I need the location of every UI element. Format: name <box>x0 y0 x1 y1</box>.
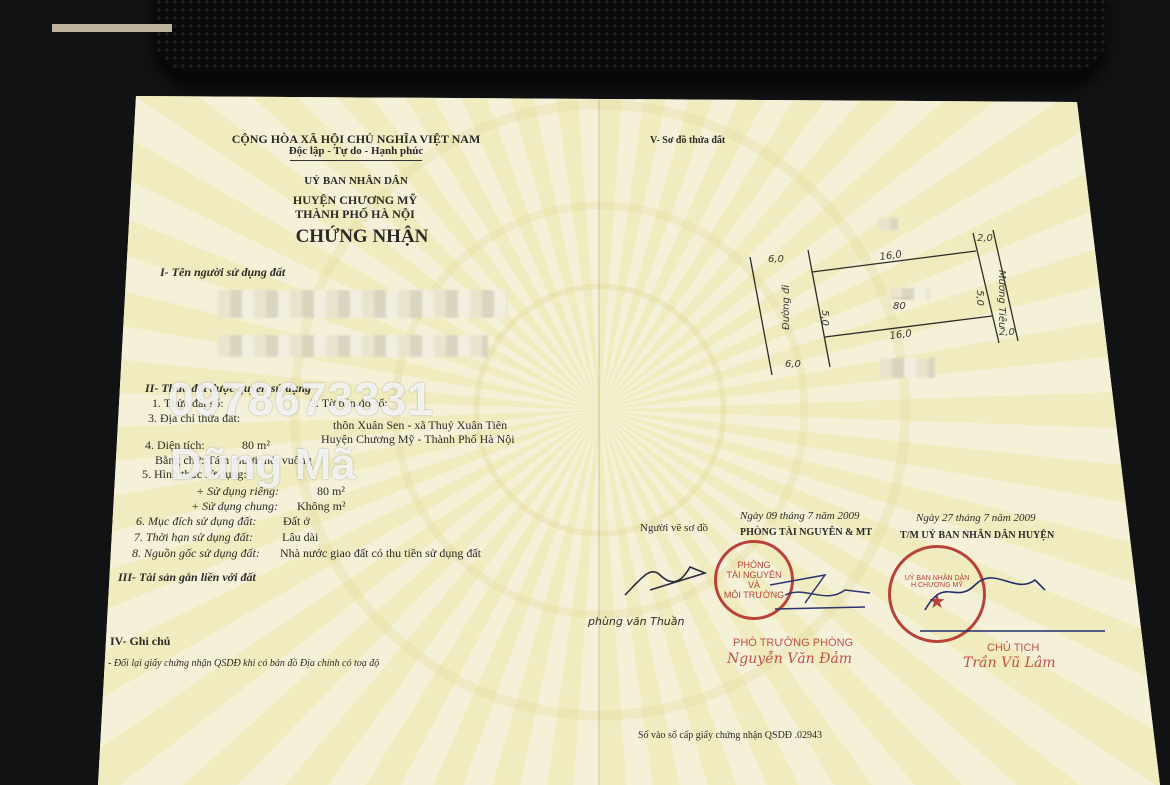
section-4-heading: IV- Ghi chú <box>110 634 170 649</box>
plot-right-edge: 5,0 <box>974 290 985 306</box>
watermark-name: Dũng Mã <box>170 440 356 490</box>
table-edge <box>52 24 172 32</box>
council-date: Ngày 27 tháng 7 năm 2009 <box>916 512 1035 524</box>
council-signature <box>915 565 1115 640</box>
road-width-top: 6,0 <box>768 254 784 265</box>
office-role: PHÓ TRƯỞNG PHÒNG <box>733 637 853 649</box>
header-divider <box>290 160 422 161</box>
canal-width-bottom: 2,0 <box>999 327 1015 338</box>
stamp-line: VÀ <box>748 580 760 590</box>
note-text: - Đổi lại giấy chứng nhận QSDĐ khi có bả… <box>108 658 379 669</box>
section-3-heading: III- Tài sản gắn liền với đất <box>118 570 256 585</box>
road-label: Đường đi <box>780 285 792 330</box>
drawer-name: phùng văn Thuần <box>588 615 684 628</box>
redacted-mark-bottom <box>880 358 935 378</box>
canal-label: Mương Tiêu <box>996 270 1008 328</box>
plot-left-edge: 5,0 <box>819 310 830 326</box>
office-signature <box>765 565 875 615</box>
canal-width-top: 2,0 <box>977 233 993 244</box>
shared-use-value: Không m² <box>297 499 346 514</box>
authority-line-1: UỶ BAN NHÂN DÂN <box>304 175 408 187</box>
redacted-mark-top <box>878 218 898 230</box>
motto: Độc lập - Tự do - Hạnh phúc <box>289 145 423 157</box>
drawer-label: Người vẽ sơ đồ <box>640 522 708 534</box>
council-name: T/M UỶ BAN NHÂN DÂN HUYỆN <box>900 530 1054 541</box>
section-5-heading: V- Sơ đồ thửa đất <box>650 135 725 146</box>
plot-area: 80 <box>893 301 906 312</box>
redacted-mark-center <box>890 288 930 300</box>
laptop-bag <box>155 0 1105 82</box>
authority-line-3: THÀNH PHỐ HÀ NỘI <box>295 207 415 222</box>
term-value: Lâu dài <box>282 530 318 545</box>
purpose-value: Đất ở <box>283 514 310 529</box>
origin-value: Nhà nước giao đất có thu tiền sử dụng đấ… <box>280 546 481 561</box>
authority-line-2: HUYỆN CHƯƠNG MỸ <box>293 193 417 208</box>
redacted-owner-info <box>218 335 488 357</box>
office-name: PHÒNG TÀI NGUYÊN & MT <box>740 527 872 538</box>
watermark-phone: 0978673331 <box>168 372 434 426</box>
paper-fold <box>598 100 600 785</box>
registry-number: Số vào sổ cấp giấy chứng nhận QSDĐ .0294… <box>638 730 822 741</box>
origin-label: 8. Nguồn gốc sử dụng đất: <box>132 546 260 561</box>
road-width-bottom: 6,0 <box>785 359 801 370</box>
office-date: Ngày 09 tháng 7 năm 2009 <box>740 510 859 522</box>
term-label: 7. Thời hạn sử dụng đất: <box>134 530 253 545</box>
council-role: CHỦ TỊCH <box>987 642 1039 654</box>
drawer-signature <box>620 555 710 600</box>
office-signer: Nguyễn Văn Đảm <box>727 651 852 667</box>
section-1-heading: I- Tên người sử dụng đất <box>160 265 285 280</box>
plot-bottom-edge: 16,0 <box>889 328 912 342</box>
certificate-title: CHỨNG NHẬN <box>296 226 429 248</box>
council-signer: Trần Vũ Lâm <box>963 655 1056 671</box>
redacted-owner-name <box>218 290 508 318</box>
shared-use-label: + Sử dụng chung: <box>191 499 278 514</box>
purpose-label: 6. Mục đích sử dụng đất: <box>136 514 257 529</box>
